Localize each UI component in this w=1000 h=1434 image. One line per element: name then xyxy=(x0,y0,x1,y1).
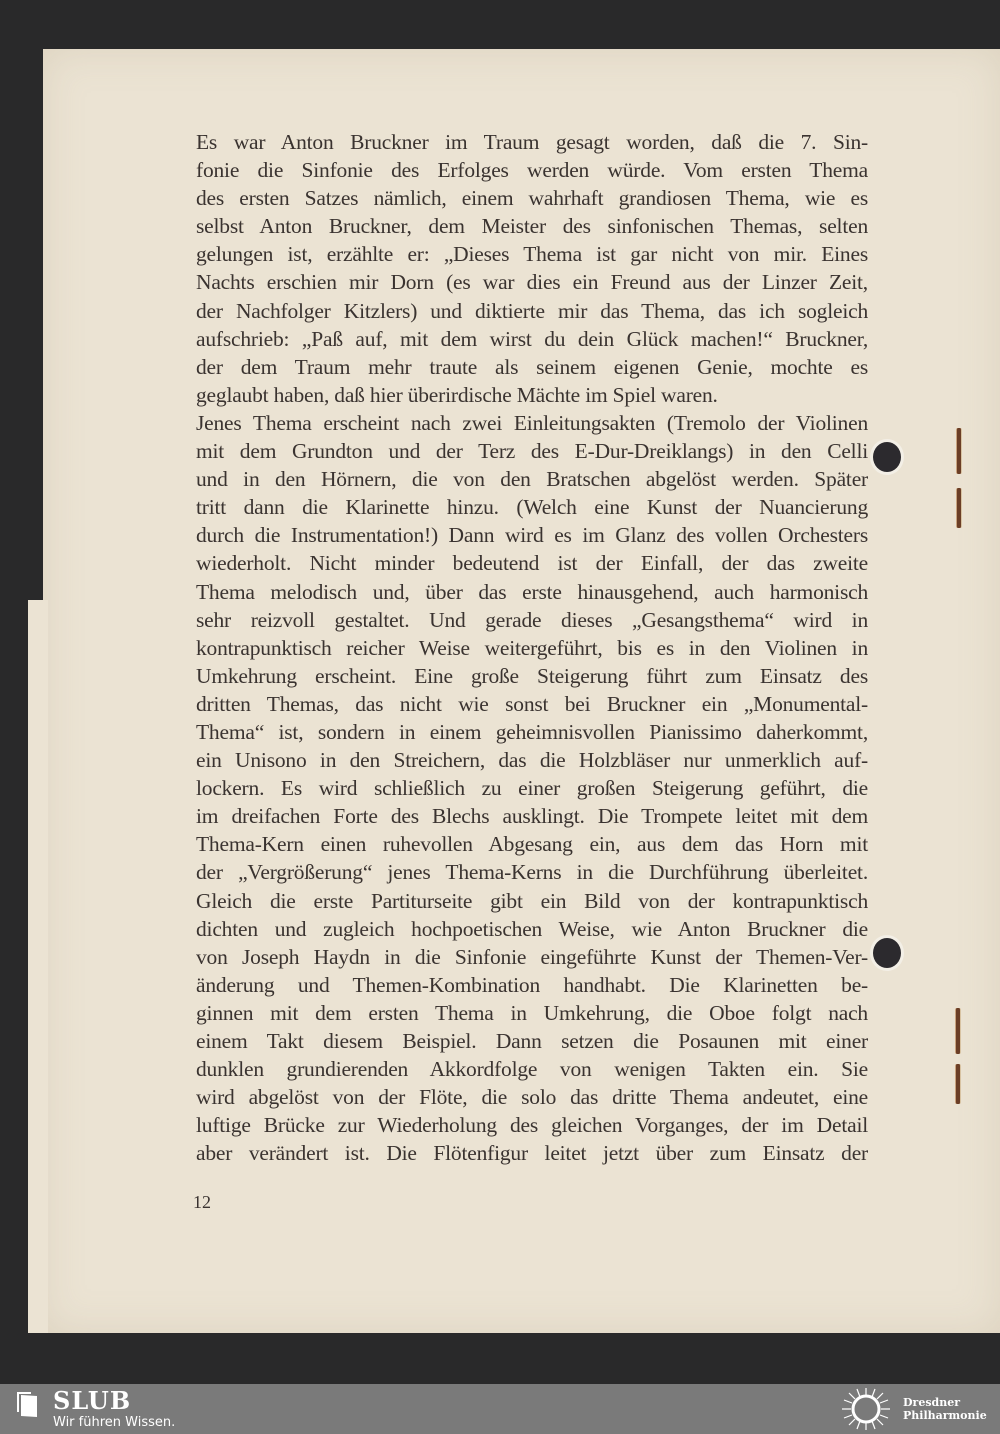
text-line: im dreifachen Forte des Blechs ausklingt… xyxy=(196,802,868,830)
staple-icon xyxy=(955,1008,961,1054)
text-line: Nachts erschien mir Dorn (es war dies ei… xyxy=(196,268,868,296)
text-line: aber verändert ist. Die Flötenfigur leit… xyxy=(196,1139,868,1167)
text-line: lockern. Es wird schließlich zu einer gr… xyxy=(196,774,868,802)
slub-logo-title: SLUB xyxy=(53,1386,131,1415)
philharmonie-line1: Dresdner xyxy=(903,1396,987,1409)
text-line: und in den Hörnern, die von den Bratsche… xyxy=(196,465,868,493)
text-line: des ersten Satzes nämlich, einem wahrhaf… xyxy=(196,184,868,212)
page-number: 12 xyxy=(193,1192,211,1213)
text-line: wiederholt. Nicht minder bedeutend ist d… xyxy=(196,549,868,577)
text-line: selbst Anton Bruckner, dem Meister des s… xyxy=(196,212,868,240)
philharmonie-logo-text: Dresdner Philharmonie xyxy=(903,1396,987,1422)
text-line: aufschrieb: „Paß auf, mit dem wirst du d… xyxy=(196,325,868,353)
text-line: Jenes Thema erscheint nach zwei Einleitu… xyxy=(196,409,868,437)
text-line: dritten Themas, das nicht wie sonst bei … xyxy=(196,690,868,718)
philharmonie-line2: Philharmonie xyxy=(903,1409,987,1422)
text-line: von Joseph Haydn in die Sinfonie eingefü… xyxy=(196,943,868,971)
text-line: mit dem Grundton und der Terz des E-Dur-… xyxy=(196,437,868,465)
text-line: änderung und Themen-Kombination handhabt… xyxy=(196,971,868,999)
text-line: Thema-Kern einen ruhevollen Abgesang ein… xyxy=(196,830,868,858)
text-line: Gleich die erste Partiturseite gibt ein … xyxy=(196,887,868,915)
staple-icon xyxy=(956,428,962,474)
text-line: kontrapunktisch reicher Weise weitergefü… xyxy=(196,634,868,662)
text-line: dichten und zugleich hochpoetischen Weis… xyxy=(196,915,868,943)
text-line: luftige Brücke zur Wiederholung des glei… xyxy=(196,1111,868,1139)
text-line: dunklen grundierenden Akkordfolge von we… xyxy=(196,1055,868,1083)
text-line: tritt dann die Klarinette hinzu. (Welch … xyxy=(196,493,868,521)
body-text: Es war Anton Bruckner im Traum gesagt wo… xyxy=(196,128,868,1167)
text-line: sehr reizvoll gestaltet. Und gerade dies… xyxy=(196,606,868,634)
text-line: der Nachfolger Kitzlers) und diktierte m… xyxy=(196,297,868,325)
text-line: der dem Traum mehr traute als seinem eig… xyxy=(196,353,868,381)
page-edge xyxy=(28,600,48,1333)
text-line: einem Takt diesem Beispiel. Dann setzen … xyxy=(196,1027,868,1055)
text-line: ginnen mit dem ersten Thema in Umkehrung… xyxy=(196,999,868,1027)
punch-hole-icon xyxy=(873,938,901,968)
text-line: durch die Instrumentation!) Dann wird es… xyxy=(196,521,868,549)
text-line: Es war Anton Bruckner im Traum gesagt wo… xyxy=(196,128,868,156)
text-line: Thema melodisch und, über das erste hina… xyxy=(196,578,868,606)
footer-bar: SLUB Wir führen Wissen. Dresdner Philhar… xyxy=(0,1384,1000,1434)
text-line: wird abgelöst von der Flöte, die solo da… xyxy=(196,1083,868,1111)
radiant-circle-icon xyxy=(840,1387,892,1431)
text-line: fonie die Sinfonie des Erfolges werden w… xyxy=(196,156,868,184)
punch-hole-icon xyxy=(873,442,901,472)
slub-tagline: Wir führen Wissen. xyxy=(53,1415,175,1430)
text-line: Umkehrung erscheint. Eine große Steigeru… xyxy=(196,662,868,690)
text-line: gelungen ist, erzählte er: „Dieses Thema… xyxy=(196,240,868,268)
text-line: ein Unisono in den Streichern, das die H… xyxy=(196,746,868,774)
text-line: Thema“ ist, sondern in einem geheimnisvo… xyxy=(196,718,868,746)
book-pages-icon xyxy=(13,1390,39,1418)
text-line: geglaubt haben, daß hier überirdische Mä… xyxy=(196,381,868,409)
staple-icon xyxy=(956,488,962,528)
text-line: der „Vergrößerung“ jenes Thema-Kerns in … xyxy=(196,858,868,886)
staple-icon xyxy=(955,1064,961,1104)
